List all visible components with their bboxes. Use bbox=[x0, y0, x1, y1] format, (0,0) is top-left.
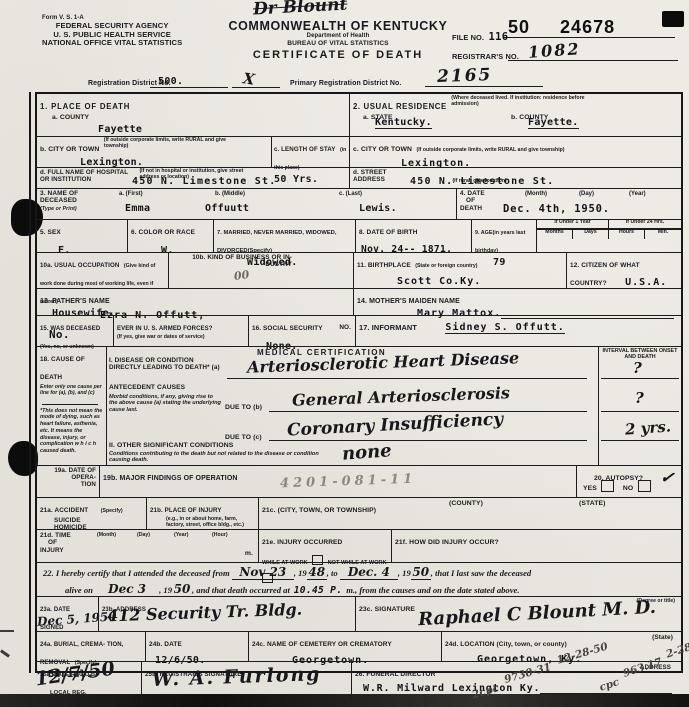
certify-text: , 19 bbox=[398, 568, 411, 578]
cause-rule bbox=[42, 404, 98, 405]
inst-label: d. FULL NAME OF HOSPITAL OR INSTITUTION bbox=[40, 169, 135, 183]
date-received-value: 12/7/50 bbox=[34, 658, 116, 691]
operation-findings-value: 4201-081-11 bbox=[280, 472, 417, 492]
certify-text: , to bbox=[327, 568, 338, 578]
place-city-cell: b. CITY OR TOWN (If outside corporate li… bbox=[37, 137, 271, 167]
certify-text: , that I last saw the deceased bbox=[431, 568, 532, 578]
section-race: 6. COLOR OR RACE W. bbox=[128, 220, 214, 252]
edge-dash-1 bbox=[0, 630, 14, 632]
county-label: a. COUNTY bbox=[52, 114, 346, 122]
alive-on-value: Dec 3 bbox=[108, 582, 146, 596]
dod-value: Dec. 4th, 1950. bbox=[503, 203, 610, 215]
autopsy-yes-label: YES bbox=[583, 485, 597, 492]
disease-label: I. DISEASE OR CONDITION DIRECTLY LEADING… bbox=[109, 357, 220, 372]
street-value: 450 N. Limestone St. bbox=[410, 176, 554, 187]
left-double-rule bbox=[29, 92, 31, 673]
res-city-label: c. CITY OR TOWN bbox=[353, 146, 412, 153]
antecedent-note: Morbid conditions, if any, giving rise t… bbox=[109, 394, 221, 413]
section-date-received: 25a. DATE REC'D BYLOCAL REG. 12/7/50 bbox=[37, 662, 142, 700]
due-to-b-label: DUE TO (b) bbox=[225, 404, 262, 412]
certificate-title: CERTIFICATE OF DEATH bbox=[218, 49, 458, 61]
res-county-value: Fayette. bbox=[528, 117, 579, 129]
last-label: c. (Last) bbox=[339, 191, 362, 198]
burial-date-label: 24b. DATE bbox=[149, 641, 182, 648]
death-time-value: 10.45 P. bbox=[294, 585, 343, 596]
residence-top: 2. USUAL RESIDENCE (Where deceased lived… bbox=[350, 94, 681, 136]
res-city-note: (If outside corporate limits, write RURA… bbox=[416, 147, 564, 153]
father-label: 13. FATHER'S NAME bbox=[40, 298, 110, 305]
certify-text: , and that death occurred at bbox=[192, 585, 290, 595]
suicide-label: SUICIDE bbox=[54, 517, 143, 524]
place-title: 1. PLACE OF DEATH bbox=[40, 102, 130, 111]
armed-forces-note2: (If yes, give war or dates of service) bbox=[117, 335, 245, 341]
file-no-line bbox=[503, 24, 675, 38]
agency-line: NATIONAL OFFICE VITAL STATISTICS bbox=[42, 39, 182, 48]
agency-block: Form V. S. 1-A FEDERAL SECURITY AGENCY U… bbox=[42, 15, 182, 48]
x-mark-line bbox=[232, 75, 280, 88]
section-physician-signature: 23c. SIGNATURE (Degree or title) Raphael… bbox=[356, 597, 681, 631]
certify-line-1: 22. I hereby certify that I attended the… bbox=[43, 565, 675, 580]
name-note: (Type or Print) bbox=[40, 206, 77, 212]
middle-label: b. (Middle) bbox=[215, 191, 245, 198]
section-registrar-signature: 25b. REGISTRAR'S SIGNATURE W. A. Furlong bbox=[142, 662, 352, 700]
row-service-informant: 15. WAS DECEASED (Yes, no, or unknown) N… bbox=[37, 315, 681, 346]
funeral-director-label: 26. FUNERAL DIRECTOR bbox=[355, 671, 436, 678]
section-age-subcols: If Under 1 Year If Under 24 Hrs. Months … bbox=[537, 220, 681, 252]
bureau-line: BUREAU OF VITAL STATISTICS bbox=[218, 40, 458, 48]
cause-b-value: General Arteriosclerosis bbox=[292, 383, 510, 410]
dod-col-month: (Month) bbox=[525, 191, 547, 198]
injury-occurred-label: 21e. INJURY OCCURRED bbox=[262, 539, 342, 546]
injury-state-label: (STATE) bbox=[579, 500, 606, 508]
middle-value: Offuutt bbox=[205, 203, 249, 214]
funeral-director-value: W.R. Milward Lexington Ky. bbox=[363, 683, 540, 694]
ink-blot-bottom bbox=[8, 441, 38, 476]
operation-date-label: 19a. DATE OF OPERA-TION bbox=[40, 467, 96, 488]
street-label: d. STREET ADDRESS bbox=[353, 169, 408, 184]
top-annotation: Dr Blount bbox=[253, 0, 348, 19]
certify-line-2: alive on Dec 3, 1950, and that death occ… bbox=[65, 582, 675, 597]
section-injury-occurred: 21e. INJURY OCCURRED WHILE AT WORK NOT W… bbox=[259, 530, 392, 562]
attended-from-value: Nov 23 bbox=[239, 565, 286, 579]
marital-label: 7. MARRIED, NEVER MARRIED, WIDOWED, DIVO… bbox=[217, 230, 336, 254]
injury-month-col: (Month) bbox=[97, 533, 116, 539]
section-interval: INTERVAL BETWEEN ONSET AND DEATH ? ? 2 y… bbox=[599, 347, 681, 465]
row-cause-of-death: 18. CAUSE OF DEATH Enter only one cause … bbox=[37, 346, 681, 465]
due-to-c-label: DUE TO (c) bbox=[225, 434, 262, 442]
reg-district-line bbox=[150, 75, 228, 88]
row-injury-time: 21d. TIMEOFINJURY (Month) (Day) (Year) (… bbox=[37, 529, 681, 562]
section-time-of-injury: 21d. TIMEOFINJURY (Month) (Day) (Year) (… bbox=[37, 530, 259, 562]
injury-m-suffix: m. bbox=[245, 550, 253, 558]
injury-hour-col: (Hour) bbox=[212, 533, 228, 539]
section-place-of-death: 1. PLACE OF DEATH a. COUNTY Fayette b. C… bbox=[37, 94, 350, 188]
row-operation: 19a. DATE OF OPERA-TION 19b. MAJOR FINDI… bbox=[37, 465, 681, 497]
section-burial-date: 24b. DATE 12/6/50. bbox=[146, 632, 249, 661]
file-no-label: FILE NO. bbox=[452, 33, 484, 42]
section-accident: 21a. ACCIDENT (Specify) SUICIDE HOMICIDE bbox=[37, 498, 147, 529]
ssn-label: 16. SOCIAL SECURITY bbox=[252, 325, 323, 332]
title-block: COMMONWEALTH OF KENTUCKY Department of H… bbox=[218, 19, 458, 61]
operation-findings-label: 19b. MAJOR FINDINGS OF OPERATION bbox=[103, 475, 238, 482]
place-top: 1. PLACE OF DEATH a. COUNTY Fayette bbox=[37, 94, 349, 136]
under24-header: If Under 24 Hrs. bbox=[609, 220, 681, 229]
registrar-no-line bbox=[508, 47, 678, 61]
birthplace-label: 11. BIRTHPLACE bbox=[357, 262, 411, 269]
section-age: 9. AGE(in years last birthday) 79 bbox=[472, 220, 537, 252]
section-date-of-death: 4. DATEOFDEATH (Month) (Day) (Year) Dec.… bbox=[457, 189, 681, 219]
residence-title: 2. USUAL RESIDENCE bbox=[353, 102, 447, 111]
cemetery-label: 24c. NAME OF CEMETERY OR CREMATORY bbox=[252, 641, 392, 648]
physician-signature-value: Raphael C Blount M. D. bbox=[418, 597, 657, 630]
state-value: Kentucky. bbox=[375, 117, 432, 129]
injury-county-label: (COUNTY) bbox=[449, 500, 483, 508]
registrar-signature-value: W. A. Furlong bbox=[152, 663, 322, 691]
mother-label: 14. MOTHER'S MAIDEN NAME bbox=[357, 298, 460, 305]
sex-label: 5. SEX bbox=[40, 229, 61, 236]
informant-value: Sidney S. Offutt. bbox=[445, 322, 564, 334]
section-operation-date: 19a. DATE OF OPERA-TION bbox=[37, 466, 100, 497]
accident-note: (Specify) bbox=[101, 508, 123, 514]
section-sex: 5. SEX F. bbox=[37, 220, 128, 252]
certify-text: , 19 bbox=[294, 568, 307, 578]
interval-c: 2 yrs. bbox=[624, 417, 671, 438]
other-conditions-note: Conditions contributing to the death but… bbox=[109, 451, 319, 464]
row-certification: 22. I hereby certify that I attended the… bbox=[37, 562, 681, 596]
first-label: a. (First) bbox=[119, 191, 143, 198]
signature-label: 23c. SIGNATURE bbox=[359, 606, 415, 613]
armed-forces-label2: EVER IN U. S. ARMED FORCES? bbox=[117, 326, 213, 332]
cause-note: Enter only one cause per line for (a), (… bbox=[40, 385, 103, 397]
certify-text: 22. I hereby certify that I attended the… bbox=[43, 568, 230, 578]
attended-to-year: 50 bbox=[412, 565, 429, 579]
antecedent-label: ANTECEDENT CAUSES bbox=[109, 384, 185, 392]
occupation-label: 10a. USUAL OCCUPATION bbox=[40, 262, 119, 269]
line-c-rule bbox=[269, 440, 587, 441]
last-value: Lewis. bbox=[359, 203, 397, 214]
section-citizen: 12. CITIZEN OF WHAT COUNTRY? U.S.A. bbox=[567, 253, 681, 288]
row-occupation: 10a. USUAL OCCUPATION (Give kind of work… bbox=[37, 252, 681, 288]
section-birthplace: 11. BIRTHPLACE (State or foreign country… bbox=[354, 253, 567, 288]
certify-text: alive on bbox=[65, 585, 93, 595]
cause-c-value: Coronary Insufficiency bbox=[287, 409, 504, 440]
section-mother: 14. MOTHER'S MAIDEN NAME Mary Mattox. bbox=[354, 289, 681, 315]
row-signature: 23a. DATE SIGNED Dec 5, 1950 23b. ADDRES… bbox=[37, 596, 681, 631]
section-cemetery: 24c. NAME OF CEMETERY OR CREMATORY Georg… bbox=[249, 632, 442, 661]
section-usual-residence: 2. USUAL RESIDENCE (Where deceased lived… bbox=[350, 94, 681, 188]
certify-text: m., from the causes and on the date stat… bbox=[346, 585, 519, 595]
section-date-signed: 23a. DATE SIGNED Dec 5, 1950 bbox=[37, 597, 99, 631]
place-stay-cell: c. LENGTH OF STAY (in this place) 50 Yrs… bbox=[271, 137, 349, 167]
industry-label: 10b. KIND OF BUSINESS OR IN- DUSTRY bbox=[172, 254, 292, 269]
autopsy-no-label: NO bbox=[623, 485, 633, 492]
section-armed-forces-note: EVER IN U. S. ARMED FORCES? (If yes, giv… bbox=[114, 316, 249, 346]
primary-district-label: Primary Registration District No. bbox=[290, 80, 401, 88]
ssn-label2: NO. bbox=[339, 324, 351, 331]
armed-forces-value: No. bbox=[49, 328, 70, 341]
section-marital: 7. MARRIED, NEVER MARRIED, WIDOWED, DIVO… bbox=[214, 220, 356, 252]
interval-b: ? bbox=[635, 389, 644, 407]
age-label: 9. AGE(in years last birthday) bbox=[475, 230, 525, 254]
injury-day-col: (Day) bbox=[137, 533, 150, 539]
dod-label: 4. DATEOFDEATH bbox=[460, 190, 485, 212]
time-of-injury-label: 21d. TIMEOFINJURY bbox=[40, 532, 71, 554]
certify-text: , 19 bbox=[159, 585, 172, 595]
cause-title: 18. CAUSE OF DEATH bbox=[40, 356, 85, 381]
section-address: 23b. ADDRESS 412 Security Tr. Bldg. bbox=[99, 597, 356, 631]
informant-label: 17. INFORMANT bbox=[359, 323, 417, 332]
line-a-rule bbox=[227, 378, 587, 379]
section-how-injury: 21f. HOW DID INJURY OCCUR? bbox=[392, 530, 681, 562]
alive-on-year: 50 bbox=[174, 582, 191, 596]
section-industry: 10b. KIND OF BUSINESS OR IN- DUSTRY 00 bbox=[169, 253, 354, 288]
checkmark-icon: ✓ bbox=[659, 467, 676, 489]
section-cause-stub: 18. CAUSE OF DEATH Enter only one cause … bbox=[37, 347, 107, 465]
residence-note: (Where deceased lived. If institution: r… bbox=[451, 96, 611, 108]
burial-location-state: (State) bbox=[652, 634, 673, 641]
row-name-dod: 3. NAME OFDECEASED (Type or Print) a. (F… bbox=[37, 188, 681, 219]
under1-header: If Under 1 Year bbox=[537, 220, 609, 229]
interval-c-rule bbox=[601, 440, 679, 441]
section-medical-certification: MEDICAL CERTIFICATION I. DISEASE OR COND… bbox=[107, 347, 599, 465]
residence-street-row: d. STREET ADDRESS (If rural, give locati… bbox=[350, 167, 681, 188]
primary-district-line bbox=[425, 72, 543, 87]
section-occupation: 10a. USUAL OCCUPATION (Give kind of work… bbox=[37, 253, 169, 288]
row-demographics: 5. SEX F. 6. COLOR OR RACE W. 7. MARRIED… bbox=[37, 219, 681, 252]
dod-col-year: (Year) bbox=[629, 191, 646, 198]
section-operation-findings: 19b. MAJOR FINDINGS OF OPERATION 4201-08… bbox=[100, 466, 577, 497]
section-ssn: 16. SOCIAL SECURITY NO. None. bbox=[249, 316, 356, 346]
file-no-row: FILE NO. 116 bbox=[452, 27, 508, 45]
section-father: 13. FATHER'S NAME Ezra N. Offutt, bbox=[37, 289, 354, 315]
section-injury-location: 21c. (CITY, TOWN, OR TOWNSHIP) (COUNTY) … bbox=[259, 498, 681, 529]
injury-year-col: (Year) bbox=[174, 533, 188, 539]
section-burial-type: 24a. BURIAL, CREMA- TION, REMOVAL (Speci… bbox=[37, 632, 146, 661]
dept-line: Department of Health bbox=[218, 33, 458, 40]
industry-value: 00 bbox=[233, 268, 250, 283]
birthplace-note: (State or foreign country) bbox=[415, 263, 477, 269]
other-conditions-value: none bbox=[341, 440, 392, 464]
county-value: Fayette bbox=[98, 124, 346, 135]
name-label: 3. NAME OFDECEASED (Type or Print) bbox=[40, 190, 78, 213]
attended-to-value: Dec. 4 bbox=[348, 565, 390, 579]
hours-header: Hours bbox=[609, 230, 645, 239]
section-informant: 17. INFORMANT Sidney S. Offutt. bbox=[356, 316, 681, 346]
certificate-form: 1. PLACE OF DEATH a. COUNTY Fayette b. C… bbox=[35, 92, 683, 673]
section-name: 3. NAME OFDECEASED (Type or Print) a. (F… bbox=[37, 189, 457, 219]
section-autopsy: 20. AUTOPSY? YES NO ✓ bbox=[577, 466, 681, 497]
how-injury-label: 21f. HOW DID INJURY OCCUR? bbox=[395, 539, 499, 546]
place-inst-row: d. FULL NAME OF HOSPITAL OR INSTITUTION … bbox=[37, 167, 349, 188]
cause-footnote: *This does not mean the mode of dying, s… bbox=[40, 408, 103, 455]
days-header: Days bbox=[573, 230, 609, 239]
burial-location-label: 24d. LOCATION (City, town, or county) bbox=[445, 641, 567, 648]
interval-a-rule bbox=[601, 378, 679, 379]
place-of-injury-note: (e.g., in or about home, farm, factory, … bbox=[166, 517, 255, 529]
place-city-row: b. CITY OR TOWN (If outside corporate li… bbox=[37, 136, 349, 167]
disease-tag: (a) bbox=[212, 364, 220, 371]
other-conditions-label: II. OTHER SIGNIFICANT CONDITIONS bbox=[109, 442, 233, 450]
stay-label: c. LENGTH OF STAY bbox=[274, 146, 336, 153]
interval-a: ? bbox=[633, 359, 642, 377]
line-b-rule bbox=[269, 411, 587, 412]
autopsy-no-checkbox bbox=[638, 480, 651, 492]
residence-city-row: c. CITY OR TOWN (If outside corporate li… bbox=[350, 136, 681, 167]
row-registrar: 25a. DATE REC'D BYLOCAL REG. 12/7/50 25b… bbox=[37, 661, 681, 700]
months-header: Months bbox=[537, 230, 573, 239]
city-note: (If outside corporate limits, write RURA… bbox=[104, 138, 244, 150]
section-certify-statement: 22. I hereby certify that I attended the… bbox=[37, 563, 681, 596]
interval-b-rule bbox=[601, 411, 679, 412]
autopsy-yes-checkbox bbox=[601, 480, 614, 492]
accident-label: 21a. ACCIDENT bbox=[40, 507, 88, 514]
row-place-residence: 1. PLACE OF DEATH a. COUNTY Fayette b. C… bbox=[37, 94, 681, 188]
commonwealth-title: COMMONWEALTH OF KENTUCKY bbox=[218, 19, 458, 33]
city-label: b. CITY OR TOWN bbox=[40, 146, 99, 153]
injury-city-label: 21c. (CITY, TOWN, OR TOWNSHIP) bbox=[262, 507, 376, 514]
inst-value: 450 N. Limestone St. bbox=[132, 176, 276, 187]
birthplace-value: Scott Co.Ky. bbox=[397, 276, 563, 287]
row-parents: 13. FATHER'S NAME Ezra N. Offutt, 14. MO… bbox=[37, 288, 681, 315]
place-of-injury-label: 21b. PLACE OF INJURY bbox=[150, 507, 222, 514]
section-armed-forces: 15. WAS DECEASED (Yes, no, or unknown) N… bbox=[37, 316, 114, 346]
first-value: Emma bbox=[125, 203, 150, 214]
edge-dash-2 bbox=[0, 649, 10, 657]
section-birthdate: 8. DATE OF BIRTH Nov. 24-- 1871. bbox=[356, 220, 472, 252]
dod-col-day: (Day) bbox=[579, 191, 594, 198]
section-place-of-injury: 21b. PLACE OF INJURY (e.g., in or about … bbox=[147, 498, 259, 529]
min-header: Min. bbox=[645, 230, 681, 239]
address-value: 412 Security Tr. Bldg. bbox=[107, 600, 303, 626]
row-injury-type: 21a. ACCIDENT (Specify) SUICIDE HOMICIDE… bbox=[37, 497, 681, 529]
birthdate-label: 8. DATE OF BIRTH bbox=[359, 229, 418, 236]
attended-from-year: 48 bbox=[308, 565, 325, 579]
death-certificate-scan: Dr Blount Form V. S. 1-A FEDERAL SECURIT… bbox=[0, 0, 689, 707]
race-label: 6. COLOR OR RACE bbox=[131, 229, 195, 236]
